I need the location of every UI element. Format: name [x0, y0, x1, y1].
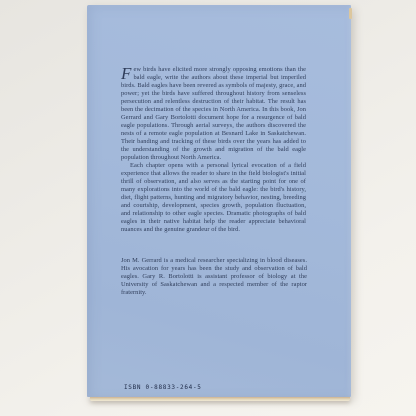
author-bio: Jon M. Gerrard is a medical researcher s… — [121, 257, 307, 297]
book-page-edge-bottom — [90, 397, 350, 401]
photo-background: Few birds have elicited more strongly op… — [0, 0, 416, 416]
book-page-edge-corner — [349, 8, 352, 19]
drop-cap: F — [121, 66, 133, 80]
synopsis-paragraph-1: Few birds have elicited more strongly op… — [121, 66, 306, 162]
isbn-text: ISBN 0-88833-264-5 — [124, 384, 202, 391]
synopsis-paragraph-1-text: ew birds have elicited more strongly opp… — [121, 66, 306, 161]
book-back-cover: Few birds have elicited more strongly op… — [87, 5, 351, 397]
synopsis-text: Few birds have elicited more strongly op… — [121, 66, 306, 234]
synopsis-paragraph-2: Each chapter opens with a personal lyric… — [121, 162, 306, 234]
